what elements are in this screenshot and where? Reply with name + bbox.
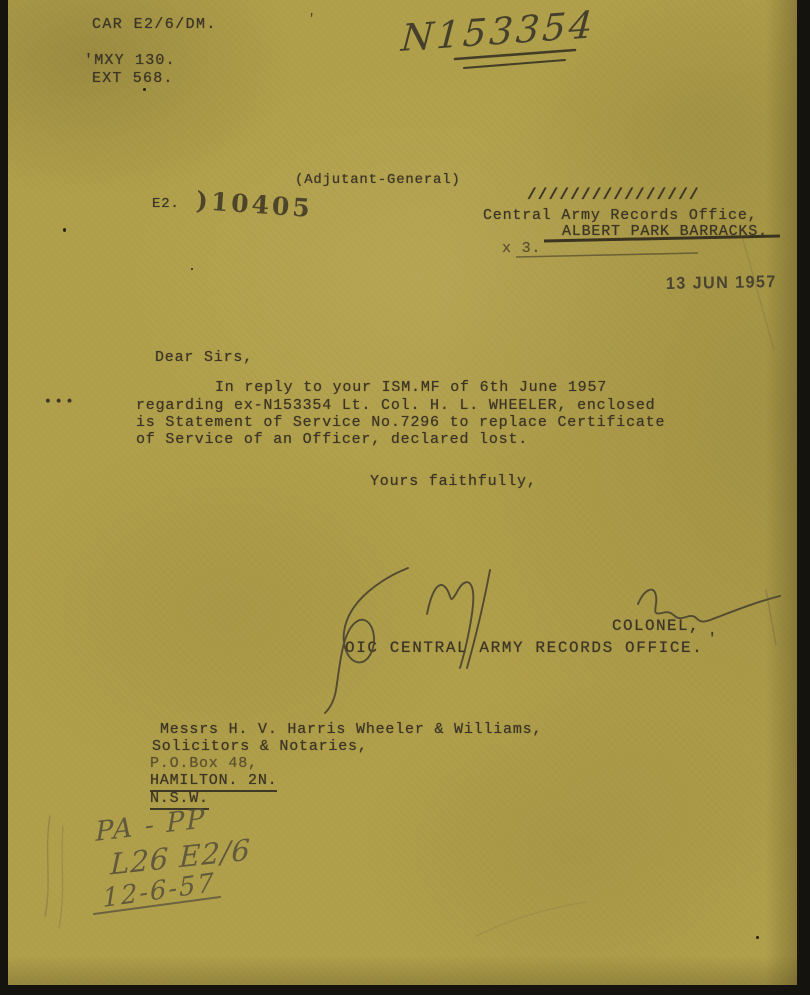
margin-dots: ••• [44,394,76,409]
recipient-line-2: Solicitors & Notaries, [152,738,368,755]
crease-right-top [742,236,774,350]
stray-apostrophe: ' [708,631,717,647]
recipient-line-3: P.O.Box 48, [150,755,258,772]
recipient-line-4: HAMILTON. 2N. [150,772,277,792]
valediction: Yours faithfully, [370,473,537,490]
date-stamp: 13 JUN 1957 [666,272,777,294]
salutation: Dear Sirs, [155,349,253,366]
file-reference: CAR E2/6/DM. [92,16,217,33]
signer-office-title: OIC CENTRAL ARMY RECORDS OFFICE. [345,639,703,657]
pencil-scribble-1 [45,816,50,916]
crease-bottom [476,902,586,936]
office-name: Central Army Records Office, [483,207,757,224]
registry-stamp-number: )10405 [195,186,314,223]
crease-right-mid [766,590,776,645]
letter-line-2: regarding ex-N153354 Lt. Col. H. L. WHEE… [136,397,655,414]
copies-note: x 3. [502,240,541,257]
section-label: E2. [152,196,180,212]
office-location: ALBERT PARK BARRACKS. [562,223,768,240]
paper-speck [143,88,146,91]
paper-speck [191,268,193,270]
handwritten-service-number: N153354 [400,3,597,60]
hw-underline-2 [464,60,565,68]
scanned-letter: CAR E2/6/DM. ' 'MXY 130. EXT 568. N15335… [0,0,810,995]
letter-paper: CAR E2/6/DM. ' 'MXY 130. EXT 568. N15335… [8,0,797,985]
paper-speck [63,228,66,232]
signer-rank: COLONEL, [612,617,700,635]
letter-line-4: of Service of an Officer, declared lost. [136,431,528,448]
stray-tick-mark: ' [308,12,316,26]
phone-line-1: 'MXY 130. [84,52,176,69]
phone-line-2: EXT 568. [92,70,174,87]
letter-line-1: In reply to your ISM.MF of 6th June 1957 [215,379,607,396]
paper-speck [756,936,759,939]
recipient-line-1: Messrs H. V. Harris Wheeler & Williams, [160,721,542,738]
letter-line-3: is Statement of Service No.7296 to repla… [136,414,665,431]
branch-note: (Adjutant-General) [295,172,461,188]
copies-underline [516,253,698,257]
pencil-scribble-2 [59,826,63,928]
crossout-slashes: //////////////// [527,186,700,204]
